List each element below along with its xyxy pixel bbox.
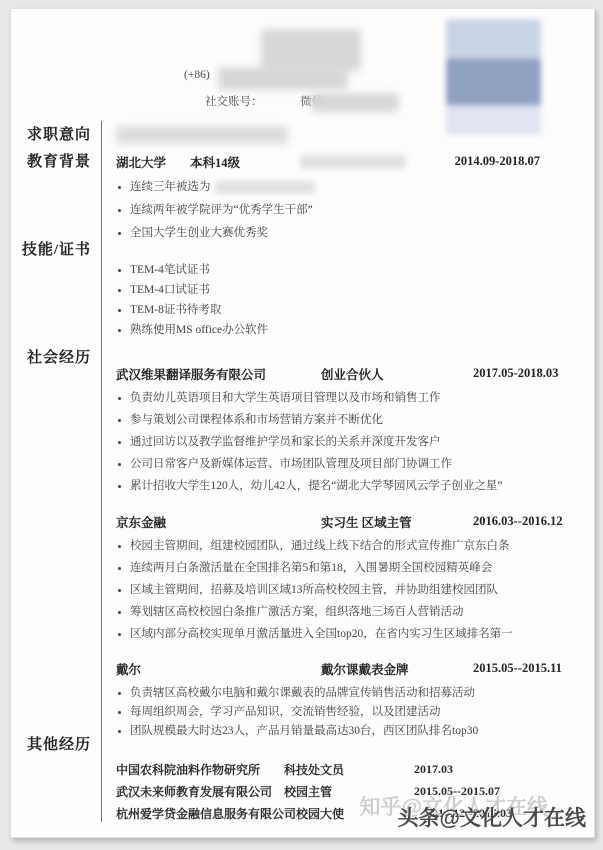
objective-redaction-blur (116, 126, 288, 144)
education-row: 湖北大学 本科14级 2014.09-2018.07 (116, 153, 578, 170)
job-header-row: 武汉维果翻译服务有限公司 创业合伙人 2017.05-2018.03 (116, 365, 578, 382)
bullet-redaction-blur (215, 181, 315, 194)
section-label-education: 教育背景 (11, 150, 91, 171)
education-bullet: 全国大学生创业大赛优秀奖 (130, 226, 578, 241)
section-label-other: 其他经历 (11, 733, 91, 754)
company-name: 杭州爱学贷金融信息服务有限公司 (116, 805, 296, 822)
section-label-social: 社会经历 (11, 346, 91, 367)
company-name: 武汉未来师教育发展有限公司 (116, 783, 284, 800)
company-name: 京东金融 (116, 513, 321, 531)
job-dell: 戴尔 戴尔课戴表金牌 2015.05--2015.11 负责辖区高校戴尔电脑和戴… (116, 660, 578, 739)
watermark-toutiao: 头条@文化人才在线 (398, 802, 586, 832)
job-bullet: 团队规模最大时达23人，产品月销量最高达30台，西区团队排名top30 (130, 724, 578, 739)
job-bullet: 区域主管期间，招募及培训区域13所高校校园主管，并协助组建校园团队 (130, 583, 578, 598)
job-bullet: 通过回访以及教学监督维护学员和家长的关系并深度开发客户 (130, 435, 578, 450)
id-photo-blurred (446, 19, 541, 135)
skill-bullet: 熟练使用MS office办公软件 (130, 323, 578, 338)
resume-content: 湖北大学 本科14级 2014.09-2018.07 连续三年被选为 连续两年被… (116, 124, 578, 827)
company-name: 武汉维果翻译服务有限公司 (116, 365, 321, 383)
skills-bullets: TEM-4笔试证书 TEM-4口试证书 TEM-8证书待考取 熟练使用MS of… (116, 263, 578, 338)
job-bullet: 筹划辖区高校校园白条推广激活方案，组织落地三场百人营销活动 (130, 605, 578, 620)
education-bullet-text: 连续三年被选为 (130, 181, 211, 193)
photo-band-top (446, 19, 541, 59)
skill-bullet: TEM-4口试证书 (130, 283, 578, 298)
other-experience-row: 中国农科院油料作物研究所 科技处文员 2017.03 (116, 761, 578, 777)
job-date: 2016.03--2016.12 (473, 514, 563, 529)
job-bullet: 累计招收大学生120人，幼儿42人，提名“湖北大学琴园风云学子创业之星” (130, 479, 578, 494)
job-bullet: 区域内部分高校实现单月激活量进入全国top20，在省内实习生区域排名第一 (130, 627, 578, 642)
skill-bullet: TEM-8证书待考取 (130, 303, 578, 318)
education-bullet: 连续两年被学院评为“优秀学生干部” (130, 203, 578, 218)
job-date: 2015.05--2015.11 (473, 661, 562, 676)
name-redaction-blur (261, 29, 361, 71)
job-bullet: 校园主管期间，组建校园团队，通过线上线下结合的形式宣传推广京东白条 (130, 539, 578, 554)
job-jd-finance: 京东金融 实习生 区域主管 2016.03--2016.12 校园主管期间，组建… (116, 513, 578, 642)
job-bullets: 负责幼儿英语项目和大学生英语项目管理以及市场和销售工作 参与策划公司课程体系和市… (116, 391, 578, 494)
section-label-skills: 技能/证书 (11, 238, 91, 259)
job-date: 2017.05-2018.03 (473, 366, 558, 381)
social-line: 社交账号： 微信 (205, 93, 323, 109)
vertical-divider (101, 121, 102, 822)
wechat-redaction-blur (311, 93, 399, 112)
job-header-row: 戴尔 戴尔课戴表金牌 2015.05--2015.11 (116, 660, 578, 677)
job-bullets: 校园主管期间，组建校园团队，通过线上线下结合的形式宣传推广京东白条 连续两月白条… (116, 539, 578, 642)
phone-redaction-blur (218, 67, 348, 90)
job-title: 科技处文员 (284, 761, 414, 778)
job-header-row: 京东金融 实习生 区域主管 2016.03--2016.12 (116, 513, 578, 530)
job-bullet: 公司日常客户及新媒体运营、市场团队管理及项目部门协调工作 (130, 457, 578, 472)
education-bullets: 连续三年被选为 连续两年被学院评为“优秀学生干部” 全国大学生创业大赛优秀奖 (116, 180, 578, 241)
job-bullet: 负责幼儿英语项目和大学生英语项目管理以及市场和销售工作 (130, 391, 578, 406)
education-bullet: 连续三年被选为 (130, 180, 578, 195)
education-redaction-blur (300, 155, 406, 169)
company-name: 中国农科院油料作物研究所 (116, 761, 284, 778)
phone-prefix-text: (+86) (184, 69, 210, 81)
job-bullet: 负责辖区高校戴尔电脑和戴尔课戴表的品牌宣传销售活动和招募活动 (130, 686, 578, 701)
skill-bullet: TEM-4笔试证书 (130, 263, 578, 278)
company-name: 戴尔 (116, 660, 321, 678)
job-bullets: 负责辖区高校戴尔电脑和戴尔课戴表的品牌宣传销售活动和招募活动 每周组织周会，学习… (116, 686, 578, 739)
section-label-objective: 求职意向 (11, 123, 91, 144)
resume-paper: (+86) 社交账号： 微信 求职意向 教育背景 技能/证书 社会经历 其他经历… (10, 8, 595, 838)
job-bullet: 参与策划公司课程体系和市场营销方案并不断优化 (130, 413, 578, 428)
job-title: 创业合伙人 (321, 365, 473, 383)
job-weiguo: 武汉维果翻译服务有限公司 创业合伙人 2017.05-2018.03 负责幼儿英… (116, 365, 578, 494)
job-date: 2017.03 (414, 762, 453, 777)
job-bullet: 连续两月白条激活量在全国排名第5和第18，入围暑期全国校园精英峰会 (130, 561, 578, 576)
education-date: 2014.09-2018.07 (455, 154, 540, 169)
social-account-label: 社交账号： (205, 96, 263, 108)
phone-line: (+86) (184, 69, 210, 81)
school-name: 湖北大学 (116, 153, 190, 171)
photo-band-middle (446, 59, 541, 105)
job-title: 实习生 区域主管 (321, 513, 473, 531)
job-title: 戴尔课戴表金牌 (321, 660, 473, 678)
job-bullet: 每周组织周会，学习产品知识，交流销售经验，以及团建活动 (130, 705, 578, 720)
degree-text: 本科14级 (190, 153, 300, 171)
